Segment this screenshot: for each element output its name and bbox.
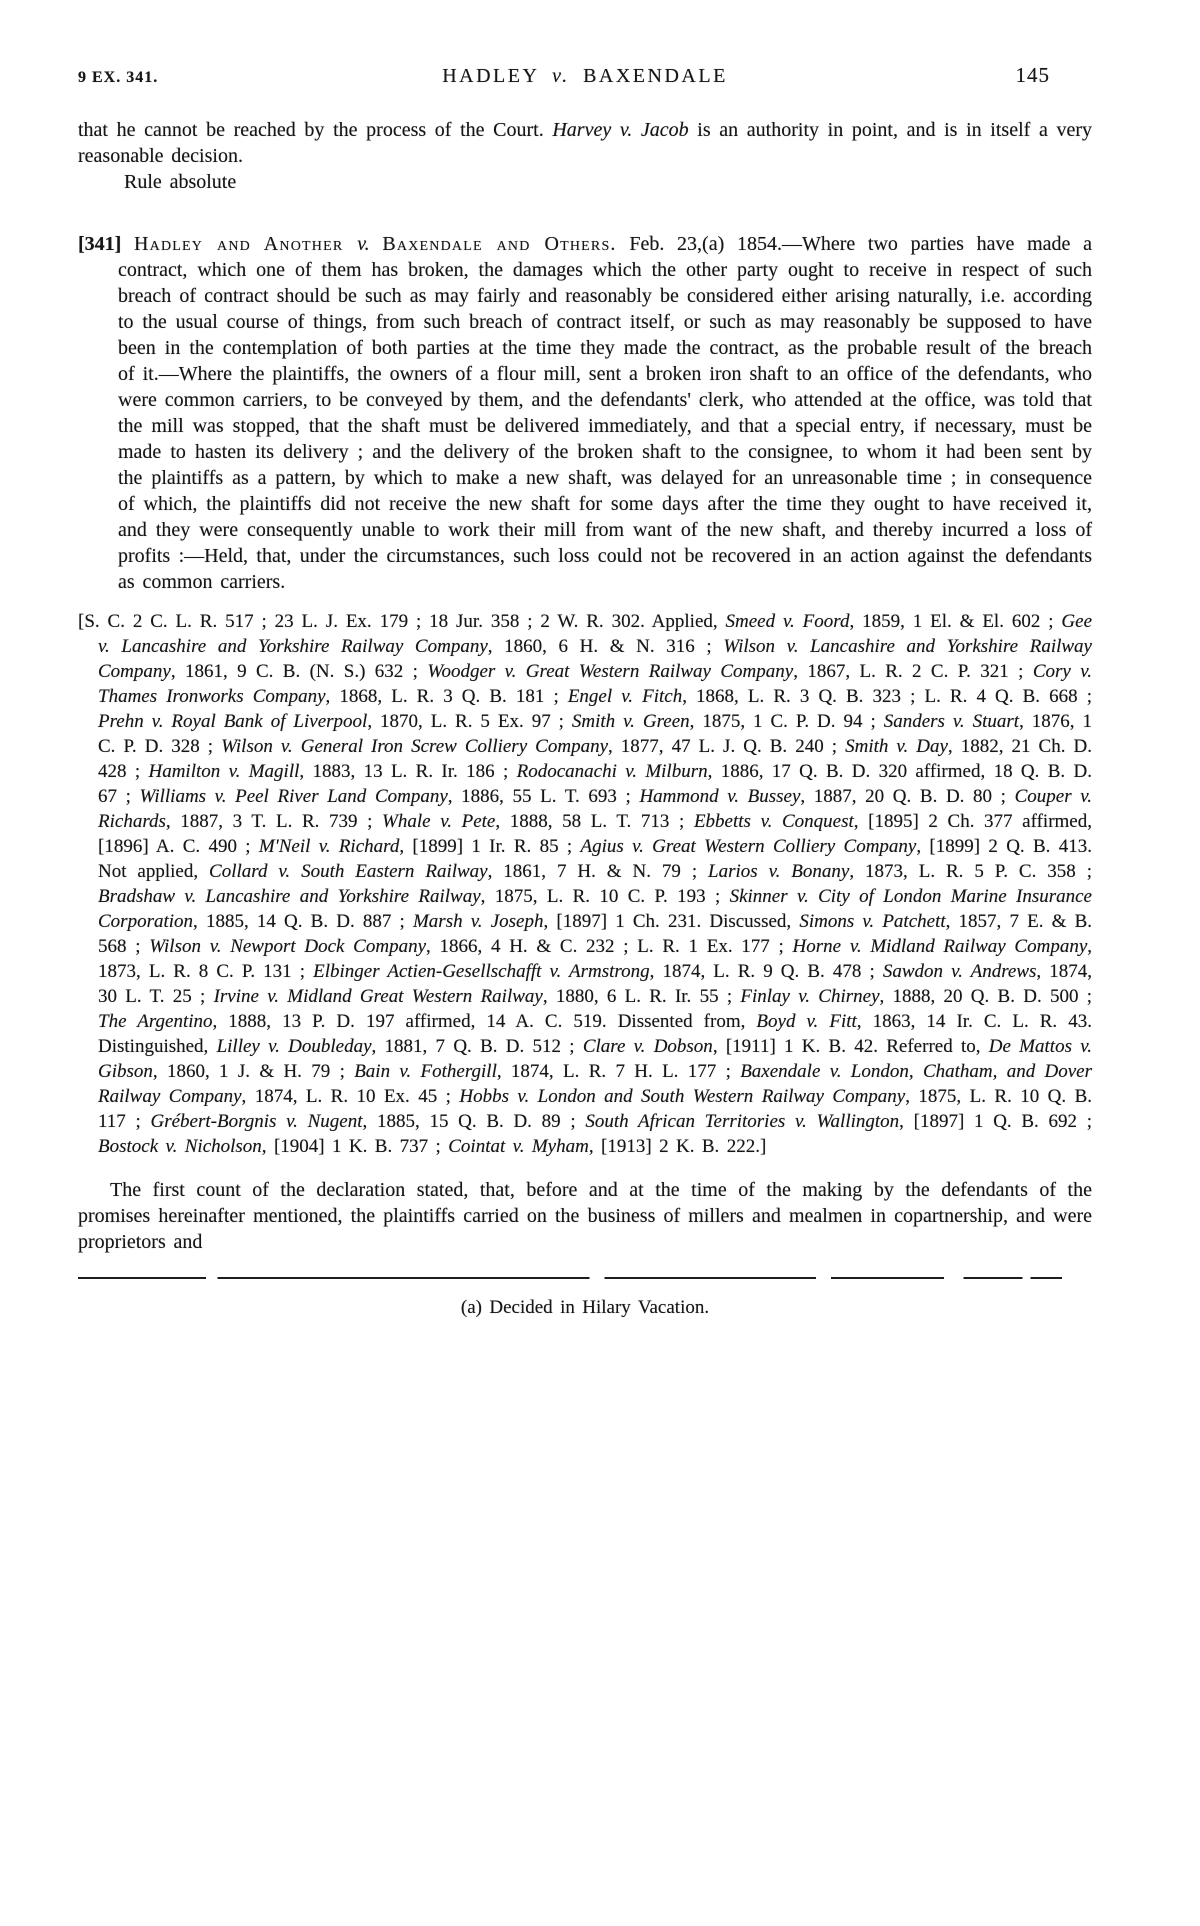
page-header: 9 EX. 341. HADLEY v. BAXENDALE 145: [78, 62, 1092, 91]
running-title: HADLEY v. BAXENDALE: [442, 63, 728, 89]
page-number: 145: [1016, 62, 1093, 88]
footnote-text: (a) Decided in Hilary Vacation.: [78, 1295, 1092, 1321]
footnote-rule: [78, 1277, 1062, 1279]
declaration-paragraph: The first count of the declaration state…: [78, 1177, 1092, 1255]
rule-absolute-line: Rule absolute: [78, 169, 1092, 195]
report-page: 9 EX. 341. HADLEY v. BAXENDALE 145 that …: [0, 0, 1200, 1926]
volume-citation: 9 EX. 341.: [78, 65, 158, 91]
citations-block: [S. C. 2 C. L. R. 517 ; 23 L. J. Ex. 179…: [78, 609, 1092, 1159]
carryover-paragraph: that he cannot be reached by the process…: [78, 117, 1092, 169]
case-heading-headnote: [341] Hadley and Another v. Baxendale an…: [78, 231, 1092, 595]
